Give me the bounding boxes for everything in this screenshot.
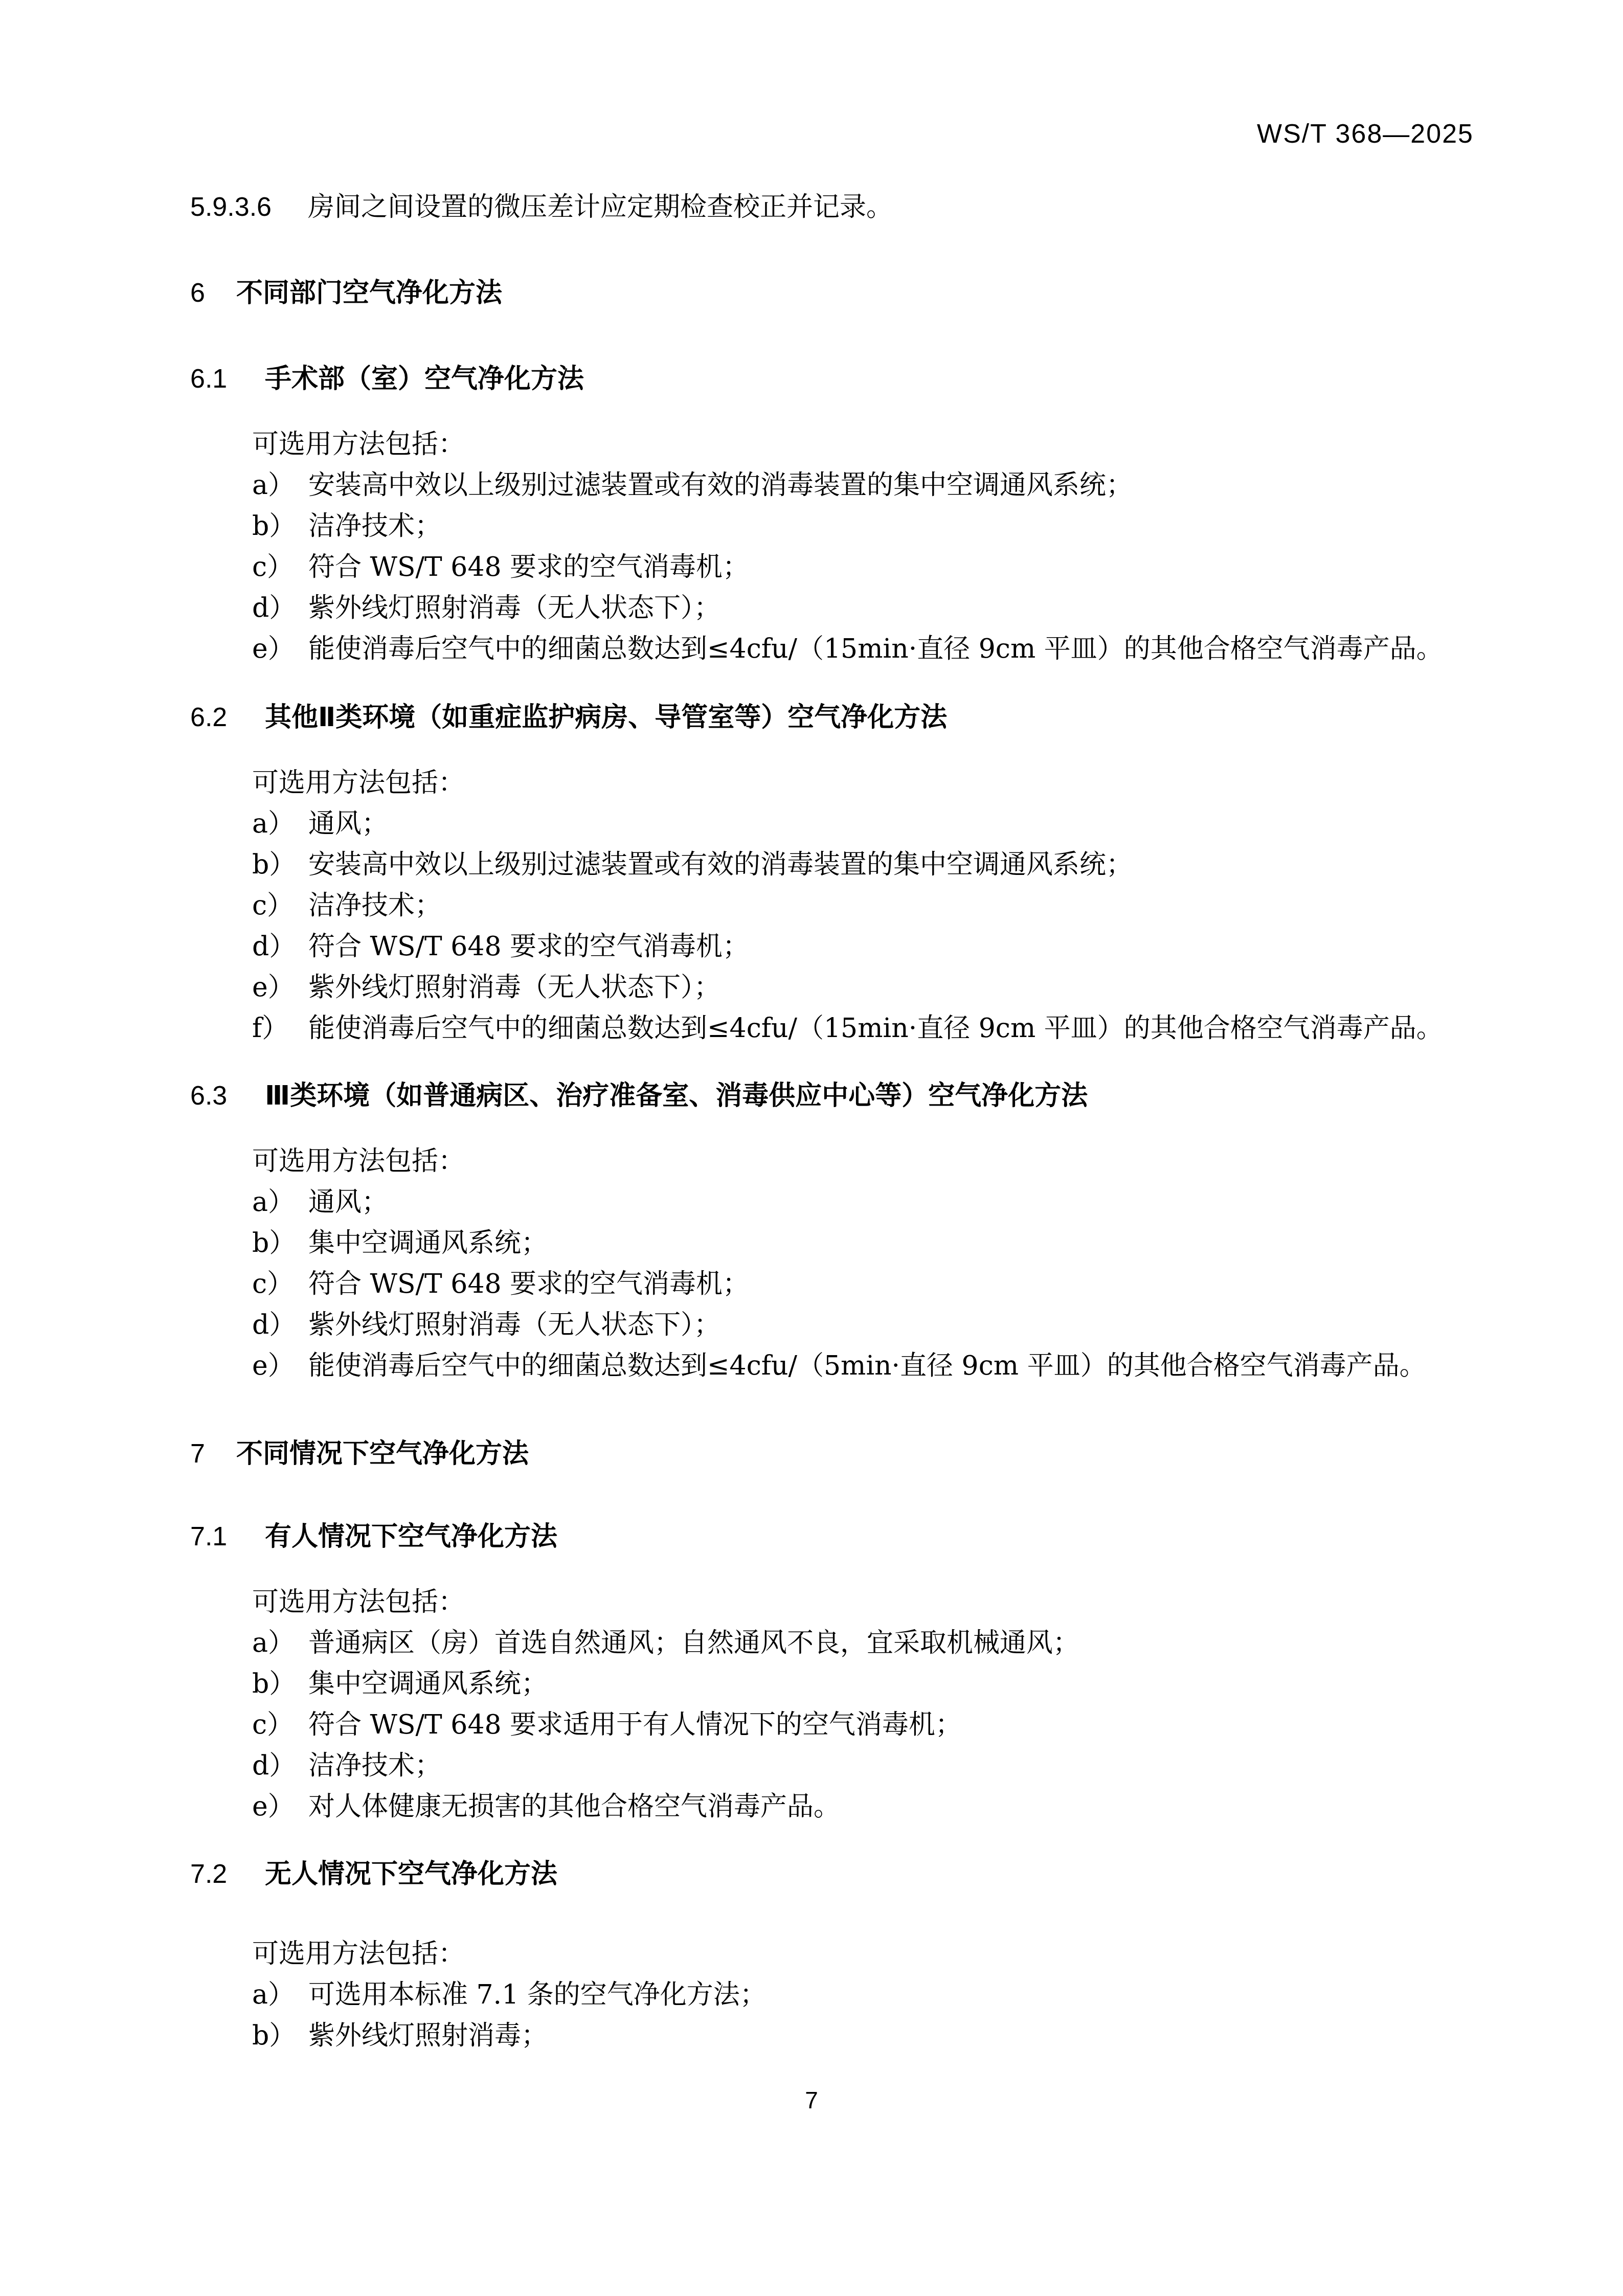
section-number: 6.1 (190, 364, 265, 394)
list-item: d）洁净技术； (252, 1744, 441, 1782)
list-item: d）紫外线灯照射消毒（无人状态下）； (252, 586, 720, 624)
list-item: c）符合 WS/T 648 要求的空气消毒机； (252, 545, 749, 583)
list-item: a）通风； (252, 802, 388, 840)
page-number: 7 (0, 2086, 1623, 2114)
list-item: f）能使消毒后空气中的细菌总数达到≤4cfu/（15min·直径 9cm 平皿）… (252, 1006, 1443, 1045)
list-item: d）符合 WS/T 648 要求的空气消毒机； (252, 925, 749, 963)
intro-text: 可选用方法包括： (252, 1580, 465, 1618)
intro-text: 可选用方法包括： (252, 422, 465, 461)
list-item: a）可选用本标准 7.1 条的空气净化方法； (252, 1973, 767, 2011)
list-item: b）集中空调通风系统； (252, 1221, 548, 1259)
section-6-heading: 6不同部门空气净化方法 (190, 271, 502, 309)
list-item: e）对人体健康无损害的其他合格空气消毒产品。 (252, 1785, 840, 1823)
list-item: b）紫外线灯照射消毒； (252, 2014, 548, 2052)
section-7-2-heading: 7.2无人情况下空气净化方法 (190, 1852, 557, 1890)
list-item: a）安装高中效以上级别过滤装置或有效的消毒装置的集中空调通风系统； (252, 463, 1133, 502)
section-number: 7.1 (190, 1521, 265, 1552)
list-item: e）能使消毒后空气中的细菌总数达到≤4cfu/（15min·直径 9cm 平皿）… (252, 627, 1443, 665)
section-number: 7 (190, 1438, 236, 1469)
list-item: e）能使消毒后空气中的细菌总数达到≤4cfu/（5min·直径 9cm 平皿）的… (252, 1344, 1426, 1382)
clause-number: 5.9.3.6 (190, 192, 308, 222)
list-item: b）洁净技术； (252, 504, 441, 543)
section-title: 有人情况下空气净化方法 (265, 1521, 557, 1552)
section-title: 不同部门空气净化方法 (236, 278, 502, 308)
section-7-heading: 7不同情况下空气净化方法 (190, 1432, 529, 1470)
intro-text: 可选用方法包括： (252, 761, 465, 799)
list-item: b）安装高中效以上级别过滤装置或有效的消毒装置的集中空调通风系统； (252, 843, 1133, 881)
section-title: 不同情况下空气净化方法 (236, 1438, 529, 1469)
section-6-1-heading: 6.1手术部（室）空气净化方法 (190, 357, 584, 395)
section-6-3-heading: 6.3Ⅲ类环境（如普通病区、治疗准备室、消毒供应中心等）空气净化方法 (190, 1074, 1088, 1112)
list-item: a）普通病区（房）首选自然通风；自然通风不良，宜采取机械通风； (252, 1621, 1079, 1659)
clause-5-9-3-6: 5.9.3.6房间之间设置的微压差计应定期检查校正并记录。 (190, 185, 893, 223)
section-title: 无人情况下空气净化方法 (265, 1859, 557, 1889)
section-number: 6.2 (190, 702, 265, 733)
list-item: d）紫外线灯照射消毒（无人状态下）； (252, 1303, 720, 1341)
list-item: e）紫外线灯照射消毒（无人状态下）； (252, 965, 720, 1004)
section-number: 6 (190, 278, 236, 308)
intro-text: 可选用方法包括： (252, 1932, 465, 1970)
section-title: 手术部（室）空气净化方法 (265, 364, 584, 394)
list-item: c）符合 WS/T 648 要求适用于有人情况下的空气消毒机； (252, 1703, 962, 1741)
section-number: 7.2 (190, 1859, 265, 1889)
intro-text: 可选用方法包括： (252, 1139, 465, 1178)
list-item: b）集中空调通风系统； (252, 1662, 548, 1700)
document-code-header: WS/T 368—2025 (1257, 119, 1474, 149)
list-item: c）洁净技术； (252, 884, 441, 922)
section-6-2-heading: 6.2其他Ⅱ类环境（如重症监护病房、导管室等）空气净化方法 (190, 695, 947, 734)
section-title: Ⅲ类环境（如普通病区、治疗准备室、消毒供应中心等）空气净化方法 (265, 1081, 1088, 1111)
section-number: 6.3 (190, 1081, 265, 1111)
list-item: c）符合 WS/T 648 要求的空气消毒机； (252, 1262, 749, 1300)
list-item: a）通风； (252, 1180, 388, 1219)
section-title: 其他Ⅱ类环境（如重症监护病房、导管室等）空气净化方法 (265, 702, 947, 733)
section-7-1-heading: 7.1有人情况下空气净化方法 (190, 1515, 557, 1553)
clause-text: 房间之间设置的微压差计应定期检查校正并记录。 (308, 192, 893, 222)
